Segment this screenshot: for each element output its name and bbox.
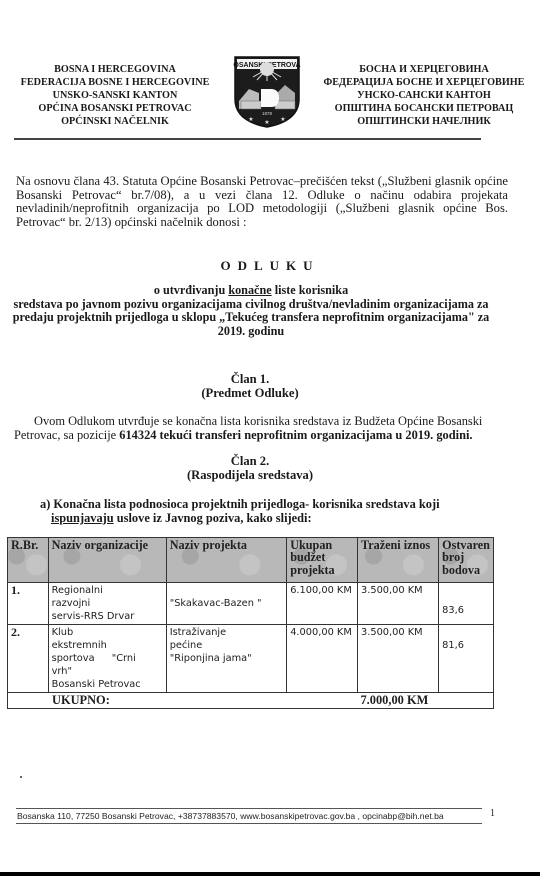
decision-title: ODLUKU — [0, 258, 540, 274]
cell-project: Istraživanje pećine "Riponjina jama" — [166, 625, 287, 693]
subtitle-line-1: o utvrđivanju konačne liste korisnika — [8, 284, 494, 298]
cell-project: "Skakavac-Bazen " — [166, 583, 287, 625]
article-subheading: (Predmet Odluke) — [0, 387, 500, 401]
cell-organization: Regionalni razvojni servis-RRS Drvar — [48, 583, 166, 625]
header-line: ОПШТИНСКИ НАЧЕЛНИК — [318, 115, 530, 128]
table-header-row: R.Br. Naziv organizacije Naziv projekta … — [8, 538, 494, 583]
header-divider — [14, 138, 481, 140]
table-row: 1. Regionalni razvojni servis-RRS Drvar … — [8, 583, 494, 625]
cell-total-budget: 6.100,00 KM — [287, 583, 358, 625]
article-number: Član 2. — [0, 455, 500, 469]
budget-position: 614324 tekući transferi neprofitnim orga… — [119, 428, 472, 442]
article-subheading: (Raspodijela sredstava) — [0, 469, 500, 483]
header-cyrillic: БОСНА И ХЕРЦЕГОВИНА ФЕДЕРАЦИЈА БОСНЕ И Х… — [318, 63, 530, 128]
article-1-text: Ovom Odlukom utvrđuje se konačna lista k… — [34, 414, 500, 443]
header-line: BOSNA I HERCEGOVINA — [10, 63, 220, 76]
subtitle-line-4: 2019. godinu — [8, 325, 494, 339]
underlined-word: konačne — [228, 283, 271, 297]
header-line: FEDERACIJA BOSNE I HERCEGOVINE — [10, 76, 220, 89]
cell-points: 83,6 — [439, 583, 494, 625]
total-value: 7.000,00 KM — [357, 693, 493, 709]
article-1-heading: Član 1. (Predmet Odluke) — [0, 373, 500, 401]
col-header-requested: Traženi iznos — [357, 538, 438, 583]
svg-text:★: ★ — [264, 119, 269, 126]
cell-rbr: 1. — [8, 583, 49, 625]
cell-points: 81,6 — [439, 625, 494, 693]
scan-speck — [20, 776, 22, 778]
col-header-project: Naziv projekta — [166, 538, 287, 583]
svg-text:★: ★ — [280, 116, 285, 123]
col-header-organization: Naziv organizacije — [48, 538, 166, 583]
footer-contact: Bosanska 110, 77250 Bosanski Petrovac, +… — [17, 810, 444, 822]
cell-organization: Klub ekstremnih sportova "Crni vrh" Bosa… — [48, 625, 166, 693]
article-2-heading: Član 2. (Raspodijela sredstava) — [0, 455, 500, 483]
total-label: UKUPNO: — [8, 693, 358, 709]
underlined-word: ispunjavaju — [51, 511, 114, 525]
scan-edge — [0, 872, 540, 876]
header-line: OPĆINSKI NAČELNIK — [10, 115, 220, 128]
svg-text:★: ★ — [248, 116, 253, 123]
cell-total-budget: 4.000,00 KM — [287, 625, 358, 693]
coat-of-arms-icon: BOSANSKI PETROVAC 1878 ★ ★ ★ — [233, 55, 301, 129]
col-header-rbr: R.Br. — [8, 538, 49, 583]
table-total-row: UKUPNO: 7.000,00 KM — [8, 693, 494, 709]
header-line: УНСКО-САНСКИ КАНТОН — [318, 89, 530, 102]
footer-divider-top — [16, 808, 482, 809]
decision-subtitle: o utvrđivanju konačne liste korisnika sr… — [8, 284, 494, 338]
page-number: 1 — [490, 808, 495, 819]
cell-requested: 3.500,00 KM — [357, 583, 438, 625]
header-line: OPĆINA BOSANSKI PETROVAC — [10, 102, 220, 115]
footer-divider-bottom — [16, 823, 482, 824]
header-latin: BOSNA I HERCEGOVINA FEDERACIJA BOSNE I H… — [10, 63, 220, 128]
header-line: ФЕДЕРАЦИЈА БОСНЕ И ХЕРЦЕГОВИНЕ — [318, 76, 530, 89]
list-item-a: a) Konačna lista podnosioca projektnih p… — [40, 497, 480, 525]
beneficiaries-table: R.Br. Naziv organizacije Naziv projekta … — [7, 537, 494, 709]
col-header-total-budget: Ukupan budžet projekta — [287, 538, 358, 583]
table-row: 2. Klub ekstremnih sportova "Crni vrh" B… — [8, 625, 494, 693]
subtitle-line-3: predaju projektnih prijedloga u sklopu „… — [8, 311, 494, 325]
cell-rbr: 2. — [8, 625, 49, 693]
header-line: БОСНА И ХЕРЦЕГОВИНА — [318, 63, 530, 76]
article-number: Član 1. — [0, 373, 500, 387]
intro-paragraph: Na osnovu člana 43. Statuta Općine Bosan… — [16, 175, 508, 229]
header-line: UNSKO-SANSKI KANTON — [10, 89, 220, 102]
header-line: ОПШТИНА БОСАНСКИ ПЕТРОВАЦ — [318, 102, 530, 115]
col-header-points: Ostvaren broj bodova — [439, 538, 494, 583]
subtitle-line-2: sredstava po javnom pozivu organizacijam… — [8, 298, 494, 312]
svg-text:1878: 1878 — [262, 111, 273, 116]
cell-requested: 3.500,00 KM — [357, 625, 438, 693]
